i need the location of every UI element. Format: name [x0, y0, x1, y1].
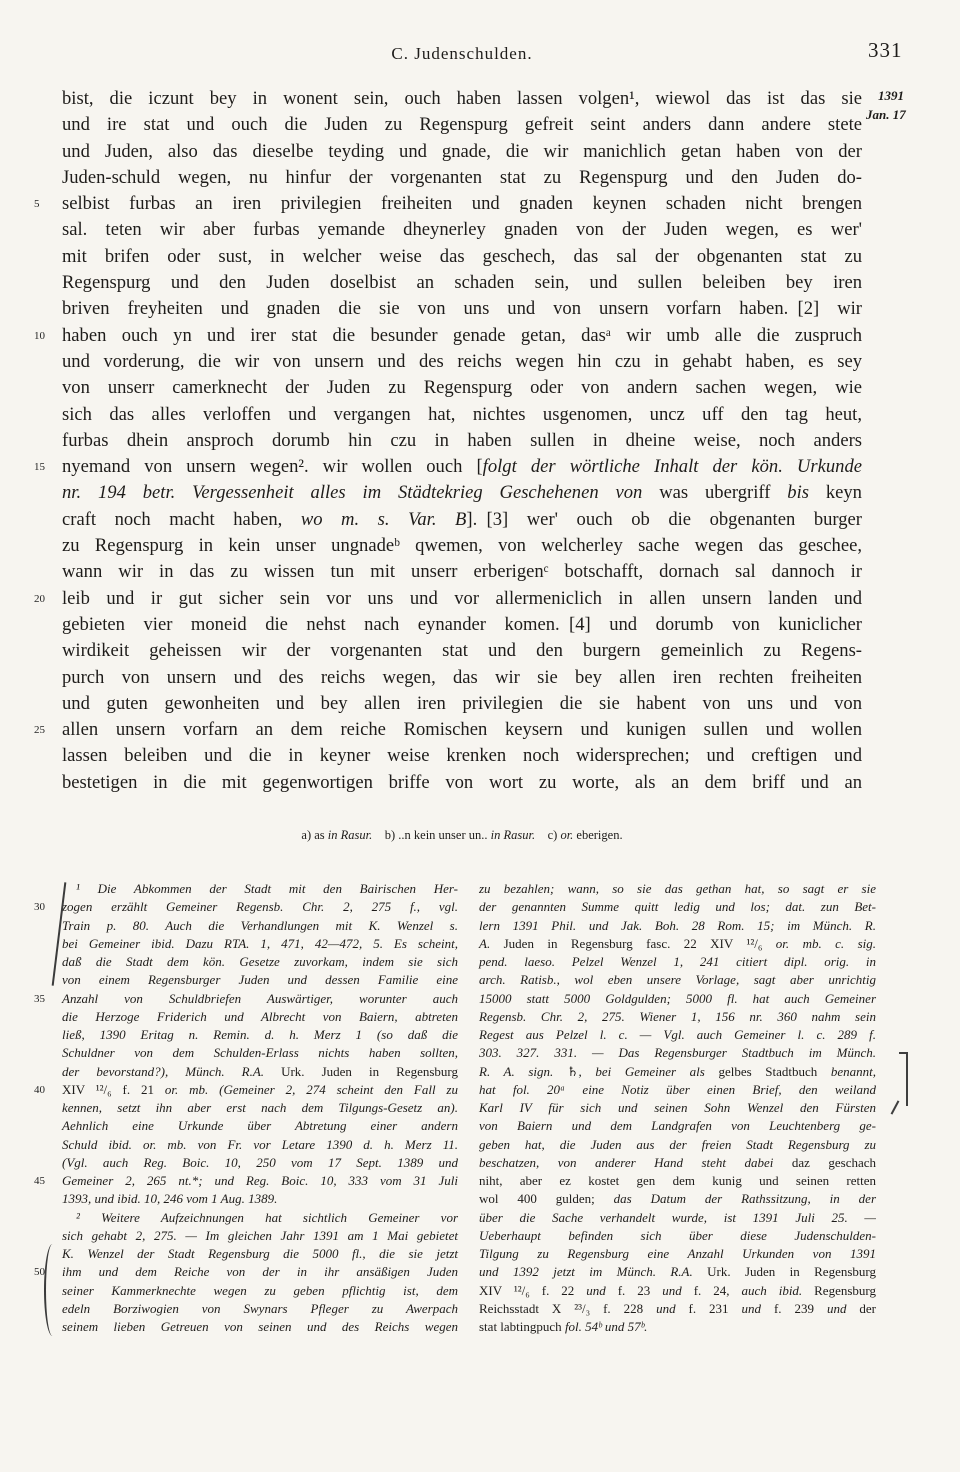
- text-line: craft noch macht haben, wo m. s. Var. B]…: [62, 507, 862, 533]
- text-line: mit brifen oder sust, in welcher weise d…: [62, 244, 862, 270]
- text-run: zu Regenspurg in kein unser ungnadeᵇ qwe…: [62, 535, 862, 556]
- text-run: Reichsstadt X ²³/₃ f. 228: [479, 1301, 656, 1316]
- text-run: von unserr camerknecht der Juden zu Rege…: [62, 377, 862, 398]
- text-run: Gemeiner 2, 265 nt.*; und Reg. Boic. 10,…: [62, 1173, 458, 1188]
- text-line: bist, die iczunt bey in wonent sein, ouc…: [62, 86, 862, 112]
- text-line: kennen, setzt ihn aber erst nach dem Til…: [62, 1099, 458, 1117]
- text-run: Ueberhaupt befinden sich über diese Jude…: [479, 1228, 876, 1243]
- text-line: von unserr camerknecht der Juden zu Rege…: [62, 375, 862, 401]
- text-line: Schuld ibid. or. mb. von Fr. vor Letare …: [62, 1136, 458, 1154]
- text-line: a) as in Rasur. b) ..n kein unser un.. i…: [62, 826, 862, 844]
- text-line: stat labtingpuch fol. 54ᵇ und 57ᵇ.: [479, 1318, 876, 1336]
- text-run: a) as: [301, 828, 327, 842]
- text-run: f. 23: [618, 1283, 663, 1298]
- page-number: 331: [868, 38, 918, 63]
- text-line: Juden-schuld wegen, nu hinfur der vorgen…: [62, 165, 862, 191]
- text-run: Tilgung zu Regensburg eine Anzahl Urkund…: [479, 1246, 876, 1261]
- text-line: XIV ¹²/₆ f. 22 und f. 23 und f. 24, auch…: [479, 1282, 876, 1300]
- text-run: A.: [479, 936, 504, 951]
- text-run: fol. 54ᵇ und 57ᵇ.: [565, 1319, 647, 1334]
- text-run: die Herzoge Friderich und Albrecht von B…: [62, 1009, 458, 1024]
- text-run: der: [859, 1301, 876, 1316]
- text-line: ¹ Die Abkommen der Stadt mit den Bairisc…: [62, 880, 458, 898]
- text-line: Regensb. Chr. 2, 275. Wiener 1, 156 nr. …: [479, 1008, 876, 1026]
- text-run: R. A. sign. ♄, bei Gemeiner als: [479, 1064, 718, 1079]
- text-line: zu Regenspurg in kein unser ungnadeᵇ qwe…: [62, 533, 862, 559]
- text-line: sich gehabt 2, 275. — Im gleichen Jahr 1…: [62, 1227, 458, 1245]
- text-run: seiner Kammerknechte wegen zu geben pfli…: [62, 1283, 458, 1298]
- margin-bracket-tick: [891, 1100, 900, 1114]
- text-run: Regenspurg und den Juden doselbist an sc…: [62, 272, 862, 293]
- text-run: benannt,: [831, 1064, 876, 1079]
- text-line: seinem lieben Getreuen von seinen und de…: [62, 1318, 458, 1336]
- text-line: purch von unsern und des reichs wegen, d…: [62, 665, 862, 691]
- text-line: und ire stat und ouch die Juden zu Regen…: [62, 112, 862, 138]
- text-run: briven freyheiten und gnaden die sie von…: [62, 298, 862, 319]
- text-line: 5selbist furbas an iren privilegien frei…: [62, 191, 862, 217]
- text-line: bestetigen in die mit gegenwortigen brif…: [62, 770, 862, 796]
- text-run: or.: [560, 828, 573, 842]
- text-run: was ubergriff: [659, 482, 787, 503]
- text-line: und vorderung, die wir von unsern und de…: [62, 349, 862, 375]
- text-run: purch von unsern und des reichs wegen, d…: [62, 667, 862, 688]
- line-number: 45: [34, 1172, 58, 1190]
- text-run: geben hat, die Juden aus der freien Stad…: [479, 1137, 876, 1152]
- text-line: gebieten vier moneid die nehst nach eyna…: [62, 612, 862, 638]
- text-line: Regenspurg und den Juden doselbist an sc…: [62, 270, 862, 296]
- line-number: 5: [34, 191, 58, 217]
- text-line: niht, aber ez kostet gen dem kunig und s…: [479, 1172, 876, 1190]
- text-line: 35Anzahl von Schuldbriefen Auswärtiger, …: [62, 990, 458, 1008]
- text-run: selbist furbas an iren privilegien freih…: [62, 193, 862, 214]
- margin-date-note: 1391 Jan. 17: [864, 86, 958, 124]
- text-run: lern 1391 Phil. und Jak. Boh. 28 Rom. 15…: [479, 918, 876, 933]
- text-run: ließ, 1390 Eritag n. Remin. d. h. Merz 1…: [62, 1027, 458, 1042]
- text-run: or. mb. c. sig.: [776, 936, 876, 951]
- text-line: bei Gemeiner ibid. Dazu RTA. 1, 471, 42—…: [62, 935, 458, 953]
- line-number: 35: [34, 990, 58, 1008]
- text-run: Train p. 80. Auch die Verhandlungen mit …: [62, 918, 458, 933]
- text-line: 25allen unsern vorfarn an dem reiche Rom…: [62, 717, 862, 743]
- text-line: von Baiern und dem Landgrafen von Leucht…: [479, 1117, 876, 1135]
- text-run: f. 24,: [694, 1283, 742, 1298]
- text-line: Aehnlich eine Urkunde über Abtretung ein…: [62, 1117, 458, 1135]
- text-run: bist, die iczunt bey in wonent sein, ouc…: [62, 88, 862, 109]
- variants-apparatus-note: a) as in Rasur. b) ..n kein unser un.. i…: [62, 826, 862, 844]
- text-line: ² Weitere Aufzeichnungen hat sichtlich G…: [62, 1209, 458, 1227]
- line-number: 40: [34, 1081, 58, 1099]
- text-run: ]. [3] wer' ouch ob die obgenanten burge…: [466, 509, 862, 530]
- text-run: ² Weitere Aufzeichnungen hat sichtlich G…: [76, 1210, 458, 1225]
- text-line: 15000 statt 5000 Goldgulden; 5000 fl. ha…: [479, 990, 876, 1008]
- text-run: und: [662, 1283, 693, 1298]
- text-line: Reichsstadt X ²³/₃ f. 228 und f. 231 und…: [479, 1300, 876, 1318]
- text-line: pend. laeso. Pelzel Wenzel 1, 241 citier…: [479, 953, 876, 971]
- text-run: 15000 statt 5000 Goldgulden; 5000 fl. ha…: [479, 991, 876, 1006]
- text-line: lassen beleiben und die in keyner weise …: [62, 743, 862, 769]
- text-run: Schuld ibid. or. mb. von Fr. vor Letare …: [62, 1137, 458, 1152]
- text-line: arch. Ratisb., wol eben unsere Vorlage, …: [479, 971, 876, 989]
- text-run: das Datum der Rathssitzung, in der: [614, 1191, 876, 1206]
- text-run: f. 239: [774, 1301, 827, 1316]
- text-run: bei Gemeiner ibid. Dazu RTA. 1, 471, 42—…: [62, 936, 458, 951]
- text-run: und ire stat und ouch die Juden zu Regen…: [62, 114, 862, 135]
- text-run: und vorderung, die wir von unsern und de…: [62, 351, 862, 372]
- line-number: 25: [34, 717, 58, 743]
- text-run: ihm und dem Reiche von der in ihr ansäßi…: [62, 1264, 458, 1279]
- text-run: wol 400 gulden;: [479, 1191, 614, 1206]
- text-run: arch. Ratisb., wol eben unsere Vorlage, …: [479, 972, 876, 987]
- footnote-right-column: zu bezahlen; wann, so sie das gethan hat…: [479, 880, 876, 1336]
- text-run: craft noch macht haben,: [62, 509, 301, 530]
- text-run: beschatzen, von anderer Hand steht dabei: [479, 1155, 792, 1170]
- text-line: geben hat, die Juden aus der freien Stad…: [479, 1136, 876, 1154]
- text-line: 303. 327. 331. — Das Regensburger Stadtb…: [479, 1044, 876, 1062]
- text-line: und Juden, also das dieselbe teyding und…: [62, 139, 862, 165]
- text-run: K. Wenzel der Stadt Regensburg die 5000 …: [62, 1246, 458, 1261]
- text-line: der genannten Summe quitt ledig und los;…: [479, 898, 876, 916]
- text-line: furbas dhein ansproch dorumb hin czu in …: [62, 428, 862, 454]
- text-line: sal. teten wir aber furbas yemande dheyn…: [62, 217, 862, 243]
- text-run: und: [586, 1283, 617, 1298]
- text-run: gebieten vier moneid die nehst nach eyna…: [62, 614, 862, 635]
- text-run: von einem Regensburger Juden und dessen …: [62, 972, 458, 987]
- text-run: Urk. Juden in Regensburg: [707, 1264, 876, 1279]
- text-run: furbas dhein ansproch dorumb hin czu in …: [62, 430, 862, 451]
- text-line: Schuldner von dem Schulden-Erlass nichts…: [62, 1044, 458, 1062]
- text-run: Regensburg: [814, 1283, 876, 1298]
- text-line: 1393, und ibid. 10, 246 vom 1 Aug. 1389.: [62, 1190, 458, 1208]
- text-run: daz geschach: [792, 1155, 876, 1170]
- text-run: und: [656, 1301, 688, 1316]
- text-run: auch ibid.: [741, 1283, 814, 1298]
- text-line: briven freyheiten und gnaden die sie von…: [62, 296, 862, 322]
- text-line: 20leib und ir gut sicher sein vor uns un…: [62, 586, 862, 612]
- text-run: und Juden, also das dieselbe teyding und…: [62, 141, 862, 162]
- text-line: (Vgl. auch Reg. Boic. 10, 250 vom 17 Sep…: [62, 1154, 458, 1172]
- text-line: von einem Regensburger Juden und dessen …: [62, 971, 458, 989]
- text-run: mit brifen oder sust, in welcher weise d…: [62, 246, 862, 267]
- text-run: Anzahl von Schuldbriefen Auswärtiger, wo…: [62, 991, 458, 1006]
- text-line: lern 1391 Phil. und Jak. Boh. 28 Rom. 15…: [479, 917, 876, 935]
- text-run: der bevorstand?), Münch. R.A.: [62, 1064, 281, 1079]
- text-run: Schuldner von dem Schulden-Erlass nichts…: [62, 1045, 458, 1060]
- text-line: R. A. sign. ♄, bei Gemeiner als gelbes S…: [479, 1063, 876, 1081]
- page-header-title: C. Judenschulden.: [62, 44, 862, 64]
- text-run: bestetigen in die mit gegenwortigen brif…: [62, 772, 862, 793]
- text-run: der genannten Summe quitt ledig und los;…: [479, 899, 876, 914]
- text-line: A. Juden in Regensburg fasc. 22 XIV ¹²/₆…: [479, 935, 876, 953]
- text-line: sich das alles verloffen und vergangen h…: [62, 402, 862, 428]
- text-run: folgt der wörtliche Inhalt der kön. Urku…: [483, 456, 862, 477]
- text-run: c): [535, 828, 560, 842]
- text-line: über die Sache verhandelt wurde, ist 139…: [479, 1209, 876, 1227]
- text-run: seinem lieben Getreuen von seinen und de…: [62, 1319, 458, 1334]
- text-run: 303. 327. 331. — Das Regensburger Stadtb…: [479, 1045, 876, 1060]
- main-text-block: bist, die iczunt bey in wonent sein, ouc…: [62, 86, 862, 796]
- margin-note-year: 1391: [878, 86, 958, 105]
- line-number: 10: [34, 323, 58, 349]
- line-number: 20: [34, 586, 58, 612]
- text-run: wann wir in das zu wissen tun mit unserr…: [62, 561, 862, 582]
- text-line: 50ihm und dem Reiche von der in ihr ansä…: [62, 1263, 458, 1281]
- text-run: daß die Stadt dem kön. Gesetze zuvorkam,…: [62, 954, 458, 969]
- text-run: XIV ¹²/₆ f. 21: [62, 1082, 165, 1097]
- text-run: über die Sache verhandelt wurde, ist 139…: [479, 1210, 876, 1225]
- margin-note-date: Jan. 17: [866, 105, 958, 124]
- text-run: nr. 194 betr. Vergessenheit alles im Stä…: [62, 482, 659, 503]
- text-run: sal. teten wir aber furbas yemande dheyn…: [62, 219, 862, 240]
- text-run: wo m. s. Var. B: [301, 509, 467, 530]
- text-line: nr. 194 betr. Vergessenheit alles im Stä…: [62, 480, 862, 506]
- text-line: daß die Stadt dem kön. Gesetze zuvorkam,…: [62, 953, 458, 971]
- text-run: Aehnlich eine Urkunde über Abtretung ein…: [62, 1118, 458, 1133]
- text-run: stat labtingpuch: [479, 1319, 565, 1334]
- text-run: sich gehabt 2, 275. — Im gleichen Jahr 1…: [62, 1228, 458, 1243]
- text-line: 45Gemeiner 2, 265 nt.*; und Reg. Boic. 1…: [62, 1172, 458, 1190]
- text-run: Urk. Juden in Regensburg: [281, 1064, 458, 1079]
- text-line: Ueberhaupt befinden sich über diese Jude…: [479, 1227, 876, 1245]
- text-line: Regest aus Pelzel l. c. — Vgl. auch Geme…: [479, 1026, 876, 1044]
- text-run: ¹ Die Abkommen der Stadt mit den Bairisc…: [76, 881, 458, 896]
- line-number: 15: [34, 454, 58, 480]
- text-run: nyemand von unsern wegen². wir wollen ou…: [62, 456, 483, 477]
- text-line: Karl IV für sich und seinen Sohn Wenzel …: [479, 1099, 876, 1117]
- text-run: kennen, setzt ihn aber erst nach dem Til…: [62, 1100, 458, 1115]
- text-line: 40XIV ¹²/₆ f. 21 or. mb. (Gemeiner 2, 27…: [62, 1081, 458, 1099]
- text-run: zogen erzählt Gemeiner Regensb. Chr. 2, …: [62, 899, 458, 914]
- text-line: Train p. 80. Auch die Verhandlungen mit …: [62, 917, 458, 935]
- footnote-left-column: ¹ Die Abkommen der Stadt mit den Bairisc…: [62, 880, 458, 1336]
- text-line: hat fol. 20ᵃ eine Notiz über einen Brief…: [479, 1081, 876, 1099]
- text-line: wirdikeit geheissen wir der vorgenanten …: [62, 638, 862, 664]
- text-run: haben ouch yn und irer stat die besunder…: [62, 325, 862, 346]
- margin-brace-mark: [44, 1244, 60, 1336]
- text-line: der bevorstand?), Münch. R.A. Urk. Juden…: [62, 1063, 458, 1081]
- text-line: und 1392 jetzt im Münch. R.A. Urk. Juden…: [479, 1263, 876, 1281]
- text-run: hat fol. 20ᵃ eine Notiz über einen Brief…: [479, 1082, 876, 1097]
- text-run: niht, aber ez kostet gen dem kunig und s…: [479, 1173, 876, 1188]
- text-run: Juden in Regensburg fasc. 22 XIV ¹²/₆: [504, 936, 776, 951]
- text-run: und: [742, 1301, 774, 1316]
- text-line: beschatzen, von anderer Hand steht dabei…: [479, 1154, 876, 1172]
- text-run: f. 231: [689, 1301, 742, 1316]
- margin-bracket-mark: [899, 1052, 908, 1106]
- text-line: zu bezahlen; wann, so sie das gethan hat…: [479, 880, 876, 898]
- text-line: seiner Kammerknechte wegen zu geben pfli…: [62, 1282, 458, 1300]
- text-run: leib und ir gut sicher sein vor uns und …: [62, 588, 862, 609]
- text-run: XIV ¹²/₆ f. 22: [479, 1283, 586, 1298]
- text-run: wirdikeit geheissen wir der vorgenanten …: [62, 640, 862, 661]
- text-line: ließ, 1390 Eritag n. Remin. d. h. Merz 1…: [62, 1026, 458, 1044]
- text-run: (Vgl. auch Reg. Boic. 10, 250 vom 17 Sep…: [62, 1155, 458, 1170]
- text-run: keyn: [826, 482, 862, 503]
- text-line: wann wir in das zu wissen tun mit unserr…: [62, 559, 862, 585]
- text-run: gelbes Stadtbuch: [718, 1064, 830, 1079]
- text-run: or. mb. (Gemeiner 2, 274 scheint den Fal…: [165, 1082, 458, 1097]
- text-line: und guten gewonheiten und bey allen iren…: [62, 691, 862, 717]
- text-line: die Herzoge Friderich und Albrecht von B…: [62, 1008, 458, 1026]
- line-number: 30: [34, 898, 58, 916]
- text-line: Tilgung zu Regensburg eine Anzahl Urkund…: [479, 1245, 876, 1263]
- text-run: 1393, und ibid. 10, 246 vom 1 Aug. 1389.: [62, 1191, 277, 1206]
- text-run: in Rasur.: [328, 828, 372, 842]
- text-run: lassen beleiben und die in keyner weise …: [62, 745, 862, 766]
- text-run: von Baiern und dem Landgrafen von Leucht…: [479, 1118, 876, 1133]
- text-run: zu bezahlen; wann, so sie das gethan hat…: [479, 881, 876, 896]
- text-run: b) ..n kein unser un..: [372, 828, 490, 842]
- text-run: Regest aus Pelzel l. c. — Vgl. auch Geme…: [479, 1027, 876, 1042]
- text-line: 15nyemand von unsern wegen². wir wollen …: [62, 454, 862, 480]
- text-line: 10haben ouch yn und irer stat die besund…: [62, 323, 862, 349]
- text-run: bis: [787, 482, 826, 503]
- text-line: 30zogen erzählt Gemeiner Regensb. Chr. 2…: [62, 898, 458, 916]
- text-run: Juden-schuld wegen, nu hinfur der vorgen…: [62, 167, 862, 188]
- text-line: wol 400 gulden; das Datum der Rathssitzu…: [479, 1190, 876, 1208]
- text-line: edeln Borziwogien von Swynars Pfleger zu…: [62, 1300, 458, 1318]
- text-run: allen unsern vorfarn an dem reiche Romis…: [62, 719, 862, 740]
- text-run: edeln Borziwogien von Swynars Pfleger zu…: [62, 1301, 458, 1316]
- text-run: pend. laeso. Pelzel Wenzel 1, 241 citier…: [479, 954, 876, 969]
- text-run: Karl IV für sich und seinen Sohn Wenzel …: [479, 1100, 876, 1115]
- text-run: und guten gewonheiten und bey allen iren…: [62, 693, 862, 714]
- text-run: und 1392 jetzt im Münch. R.A.: [479, 1264, 707, 1279]
- text-run: und: [827, 1301, 859, 1316]
- text-run: in Rasur.: [491, 828, 535, 842]
- text-line: K. Wenzel der Stadt Regensburg die 5000 …: [62, 1245, 458, 1263]
- text-run: Regensb. Chr. 2, 275. Wiener 1, 156 nr. …: [479, 1009, 876, 1024]
- text-run: sich das alles verloffen und vergangen h…: [62, 404, 862, 425]
- text-run: eberigen.: [573, 828, 622, 842]
